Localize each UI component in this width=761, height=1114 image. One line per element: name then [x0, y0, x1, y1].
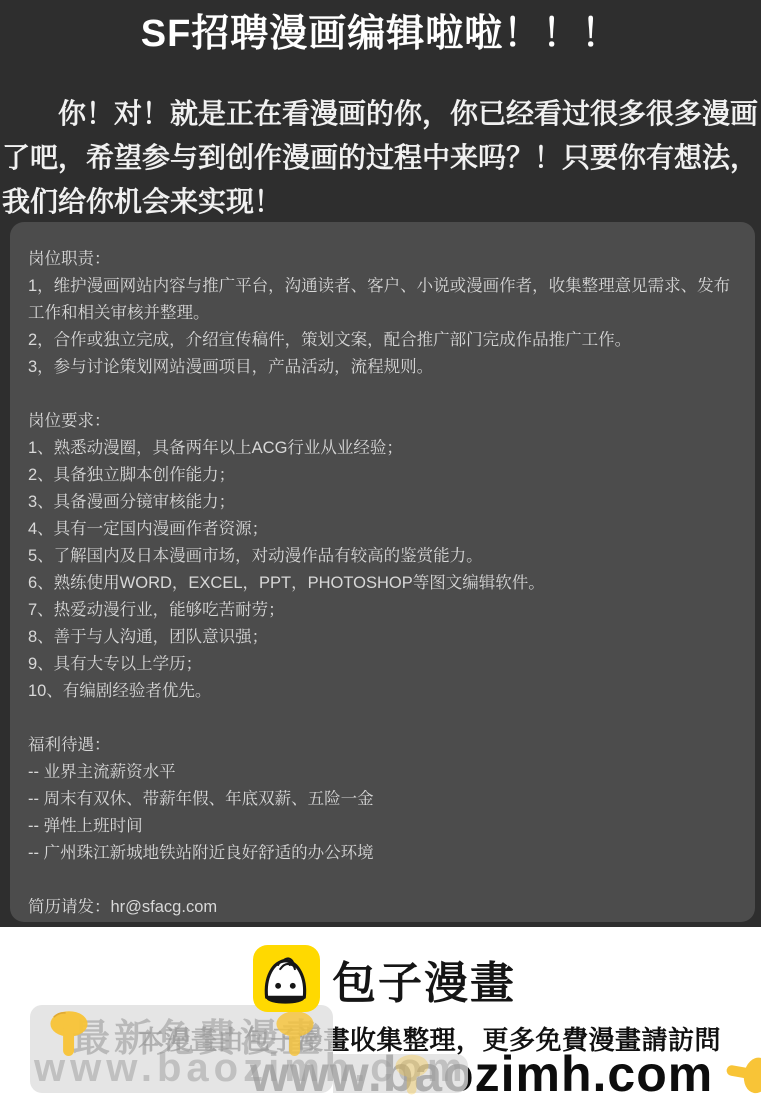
intro-line: 了吧，希望参与到创作漫画的过程中来吗？！只要你有想法， [2, 136, 759, 180]
spacer [28, 705, 739, 732]
requirement-item: 2、具备独立脚本创作能力； [28, 462, 739, 489]
duty-item: 2，合作或独立完成，介绍宣传稿件，策划文案，配合推广部门完成作品推广工作。 [28, 327, 739, 354]
duties-heading: 岗位职责： [28, 246, 739, 273]
requirement-item: 8、善于与人沟通，团队意识强； [28, 624, 739, 651]
job-description-panel: 岗位职责： 1，维护漫画网站内容与推广平台，沟通读者、客户、小说或漫画作者，收集… [10, 222, 755, 922]
finger-down-icon [268, 1007, 322, 1061]
brand-row: 包子漫畫 [4, 945, 761, 1012]
benefit-item: -- 弹性上班时间 [28, 813, 739, 840]
intro-line: 我们给你机会来实现！ [2, 180, 759, 224]
requirement-item: 1、熟悉动漫圈，具备两年以上ACG行业从业经验； [28, 435, 739, 462]
benefit-item: -- 广州珠江新城地铁站附近良好舒适的办公环境 [28, 840, 739, 867]
benefits-heading: 福利待遇： [28, 732, 739, 759]
requirement-item: 6、熟练使用WORD，EXCEL，PPT，PHOTOSHOP等图文编辑软件。 [28, 570, 739, 597]
benefit-item: -- 周末有双休、带薪年假、年底双薪、五险一金 [28, 786, 739, 813]
requirement-item: 4、具有一定国内漫画作者资源； [28, 516, 739, 543]
contact-line: 简历请发：hr@sfacg.com [28, 894, 739, 921]
requirements-heading: 岗位要求： [28, 408, 739, 435]
finger-down-icon [42, 1007, 96, 1061]
finger-down-icon [388, 1051, 436, 1099]
contact-label: 简历请发： [28, 898, 111, 916]
duty-item: 3，参与讨论策划网站漫画项目，产品活动，流程规则。 [28, 354, 739, 381]
spacer [28, 867, 739, 894]
benefit-item: -- 业界主流薪资水平 [28, 759, 739, 786]
duty-item: 1，维护漫画网站内容与推广平台，沟通读者、客户、小说或漫画作者，收集整理意见需求… [28, 273, 739, 327]
spacer [28, 381, 739, 408]
page-title: SF招聘漫画编辑啦啦！！！ [0, 2, 761, 57]
baozi-bun-icon [253, 945, 320, 1012]
intro-line: 你！对！就是正在看漫画的你，你已经看过很多很多漫画 [2, 92, 759, 136]
requirement-item: 10、有编剧经验者优先。 [28, 678, 739, 705]
requirement-item: 3、具备漫画分镜审核能力； [28, 489, 739, 516]
recruitment-section: SF招聘漫画编辑啦啦！！！ 你！对！就是正在看漫画的你，你已经看过很多很多漫画 … [0, 0, 761, 927]
brand-name: 包子漫畫 [332, 947, 516, 1011]
recruitment-notice-page: SF招聘漫画编辑啦啦！！！ 你！对！就是正在看漫画的你，你已经看过很多很多漫画 … [0, 0, 761, 1114]
requirement-item: 5、了解国内及日本漫画市场，对动漫作品有较高的鉴赏能力。 [28, 543, 739, 570]
contact-email[interactable]: hr@sfacg.com [111, 898, 218, 916]
requirement-item: 7、热爱动漫行业，能够吃苦耐劳； [28, 597, 739, 624]
intro-paragraph: 你！对！就是正在看漫画的你，你已经看过很多很多漫画 了吧，希望参与到创作漫画的过… [2, 92, 759, 224]
requirement-item: 9、具有大专以上学历； [28, 651, 739, 678]
finger-left-icon [719, 1044, 761, 1104]
footer-banner: 本漫畫由包子漫畫收集整理，更多免費漫畫請訪問 www.baozimh.com 最… [0, 927, 761, 1114]
